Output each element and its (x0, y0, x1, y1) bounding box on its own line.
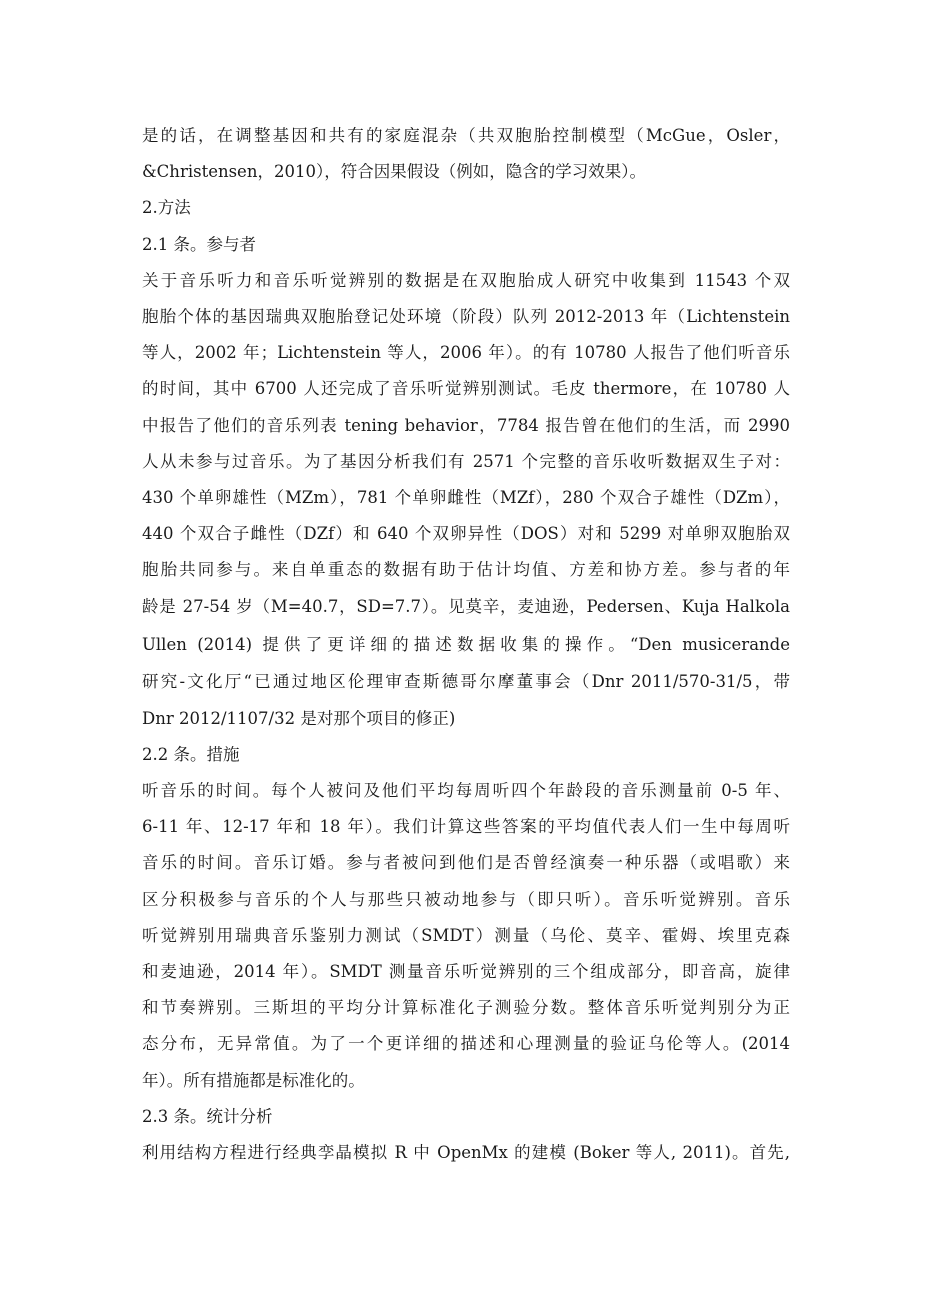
text-line-15: Ullen (2014) 提供了更详细的描述数据收集的操作。“Den music… (142, 626, 790, 664)
text-line-17: Dnr 2012/1107/32 是对那个项目的修正) (142, 701, 790, 737)
text-line-29: 利用结构方程进行经典孪晶模拟 R 中 OpenMx 的建模 (Boker 等人,… (142, 1135, 790, 1171)
subsection-heading-participants: 2.1 条。参与者 (142, 227, 790, 263)
text-line-8: 的时间，其中 6700 人还完成了音乐听觉辨别测试。毛皮 thermore，在 … (142, 371, 790, 407)
text-line-22: 区分积极参与音乐的个人与那些只被动地参与（即只听）。音乐听觉辨别。音乐 (142, 882, 790, 918)
text-line-16: 研究-文化厅“已通过地区伦理审查斯德哥尔摩董事会（Dnr 2011/570-31… (142, 664, 790, 700)
text-line-5: 关于音乐听力和音乐听觉辨别的数据是在双胞胎成人研究中收集到 11543 个双 (142, 263, 790, 299)
section-heading-methods: 2.方法 (142, 190, 790, 226)
text-line-7: 等人，2002 年；Lichtenstein 等人，2006 年）。的有 107… (142, 335, 790, 371)
text-line-24: 和麦迪逊，2014 年）。SMDT 测量音乐听觉辨别的三个组成部分，即音高，旋律 (142, 954, 790, 990)
text-line-25: 和节奏辨别。三斯坦的平均分计算标准化子测验分数。整体音乐听觉判别分为正 (142, 990, 790, 1026)
text-line-21: 音乐的时间。音乐订婚。参与者被问到他们是否曾经演奏一种乐器（或唱歌）来 (142, 845, 790, 881)
document-page: 是的话，在调整基因和共有的家庭混杂（共双胞胎控制模型（McGue，Osler， … (142, 118, 790, 1171)
text-line-23: 听觉辨别用瑞典音乐鉴别力测试（SMDT）测量（乌伦、莫辛、霍姆、埃里克森 (142, 918, 790, 954)
text-line-19: 听音乐的时间。每个人被问及他们平均每周听四个年龄段的音乐测量前 0-5 年、 (142, 773, 790, 809)
subsection-heading-measures: 2.2 条。措施 (142, 737, 790, 773)
text-line-20: 6-11 年、12-17 年和 18 年）。我们计算这些答案的平均值代表人们一生… (142, 809, 790, 845)
text-line-9: 中报告了他们的音乐列表 tening behavior，7784 报告曾在他们的… (142, 408, 790, 444)
text-line-1: 是的话，在调整基因和共有的家庭混杂（共双胞胎控制模型（McGue，Osler， (142, 118, 790, 154)
text-line-14: 龄是 27-54 岁（M=40.7，SD=7.7）。见莫辛，麦迪逊，Peders… (142, 588, 790, 626)
subsection-heading-statistical-analysis: 2.3 条。统计分析 (142, 1099, 790, 1135)
text-line-6: 胞胎个体的基因瑞典双胞胎登记处环境（阶段）队列 2012-2013 年（Lich… (142, 299, 790, 335)
text-line-26: 态分布，无异常值。为了一个更详细的描述和心理测量的验证乌伦等人。(2014 (142, 1026, 790, 1062)
text-line-27: 年）。所有措施都是标准化的。 (142, 1063, 790, 1099)
text-line-10: 人从未参与过音乐。为了基因分析我们有 2571 个完整的音乐收听数据双生子对： (142, 444, 790, 480)
text-line-13: 胞胎共同参与。来自单重态的数据有助于估计均值、方差和协方差。参与者的年 (142, 552, 790, 588)
text-line-2: &Christensen，2010），符合因果假设（例如，隐含的学习效果）。 (142, 154, 790, 190)
text-line-12: 440 个双合子雌性（DZf）和 640 个双卵异性（DOS）对和 5299 对… (142, 516, 790, 552)
text-line-11: 430 个单卵雄性（MZm），781 个单卵雌性（MZf），280 个双合子雄性… (142, 480, 790, 516)
